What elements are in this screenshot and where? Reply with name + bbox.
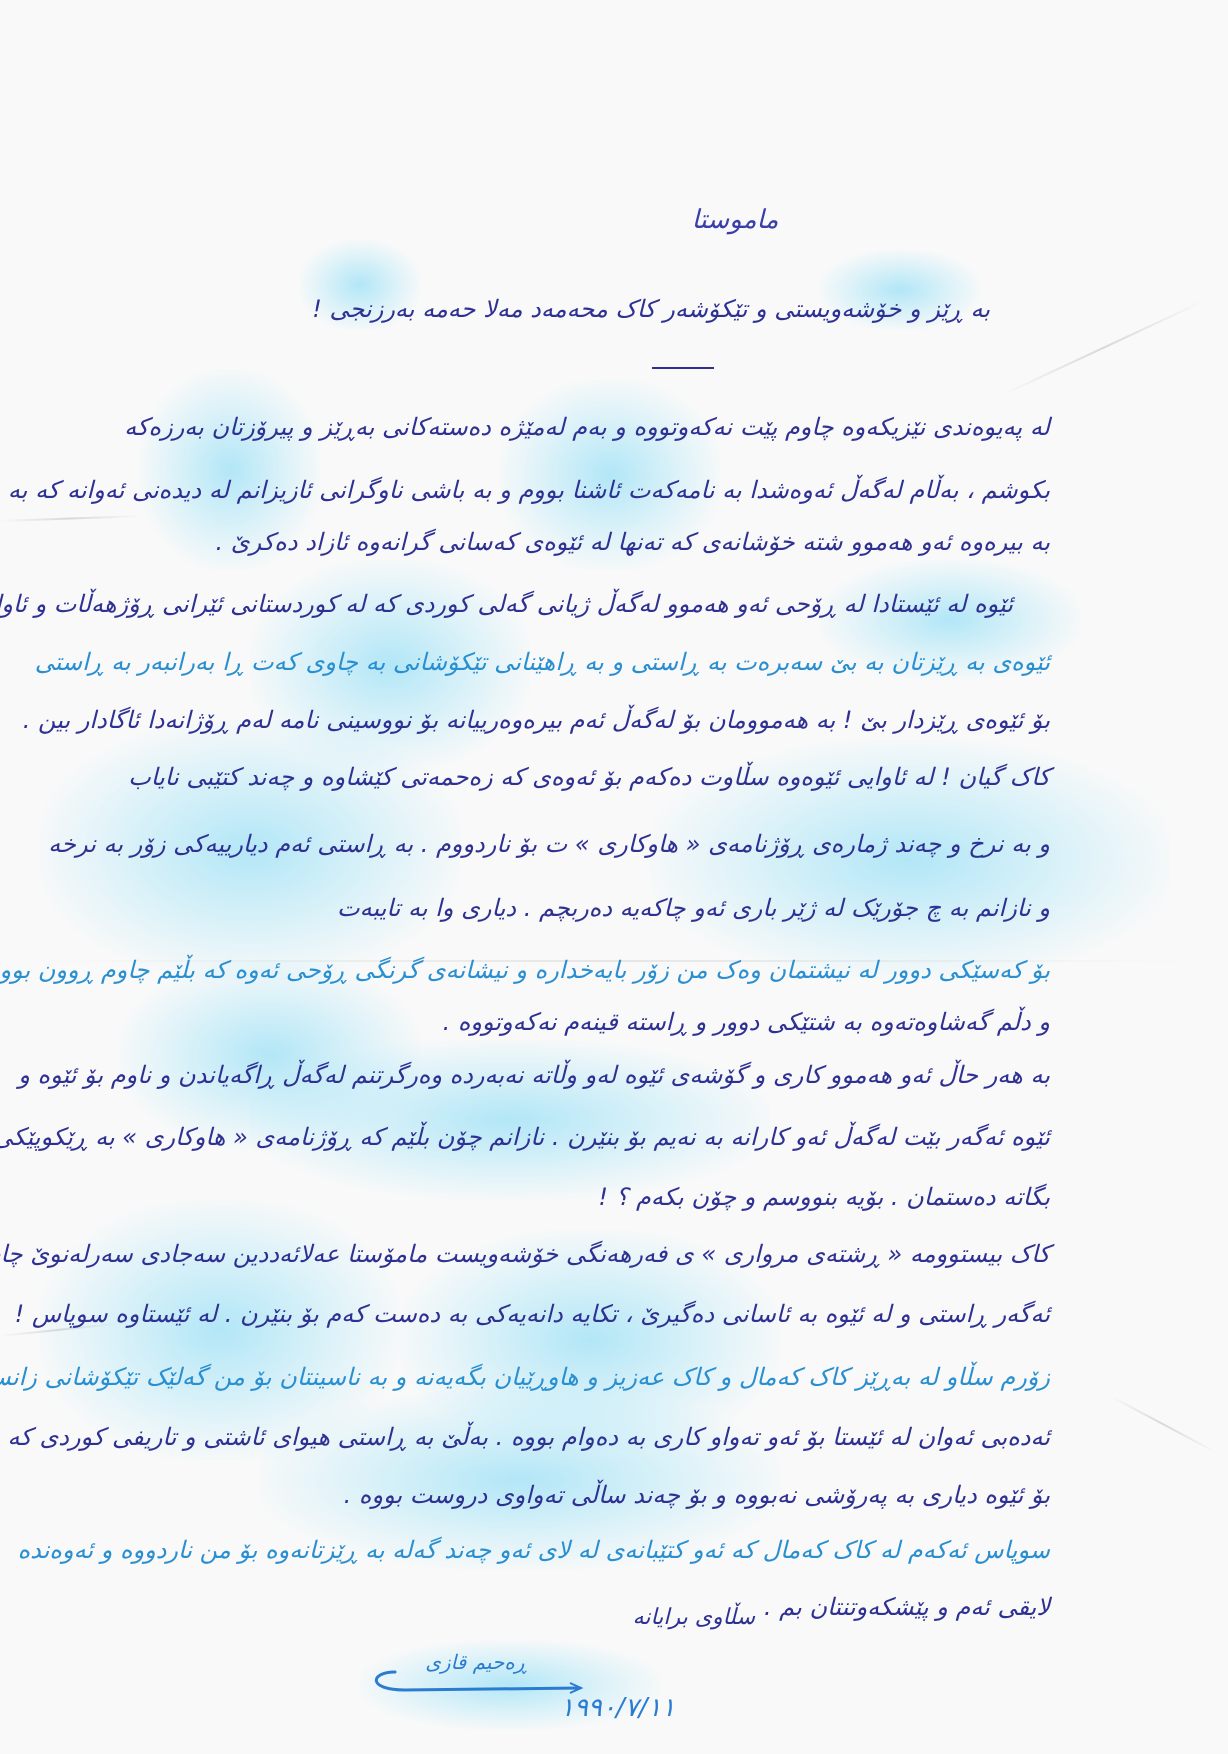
body-line: بۆ ئێوە دیاری بە پەرۆشی نەبووە و بۆ چەند… [344,1483,1050,1507]
body-line: و بە نرخ و چەند ژمارەی ڕۆژنامەی « هاوکار… [48,832,1050,856]
signature: ڕەحیم قازی [365,1650,585,1695]
body-line: کاک بیستوومە « ڕشتەی مرواری » ی فەرهەنگی… [0,1242,1050,1266]
ink-smudge [120,960,420,1150]
letter-date: ١٩٩٠/٧/١١ [560,1693,675,1723]
body-line: و نازانم بە چ جۆرێک لە ژێر باری ئەو چاکە… [337,896,1050,920]
body-line: ئەگەر ڕاستی و لە ئێوە بە ئاسانی دەگیرێ ،… [15,1302,1050,1326]
divider-line [652,367,714,369]
paper-crease [0,515,140,522]
body-line: بە بیرەوە ئەو هەموو شتە خۆشانەی کە تەنها… [216,530,1050,554]
body-line: ئێوە ئەگەر بێت لەگەڵ ئەو کارانە بە نەیم … [0,1125,1050,1149]
closing-salutation: سڵاوی برایانە [555,1605,755,1630]
body-line: ئێوەی بە ڕێزتان بە بێ سەبرەت بە ڕاستی و … [35,650,1050,674]
body-line: زۆرم سڵاو لە بەڕێز کاک کەمال و کاک عەزیز… [0,1365,1050,1389]
body-line: لایقی ئەم و پێشکەوتنتان بم . [764,1595,1050,1619]
paper-crease [1000,299,1207,397]
body-line: سوپاس ئەکەم لە کاک کەمال کە ئەو کتێبانەی… [18,1538,1050,1562]
greeting-line: بە ڕێز و خۆشەویستی و تێکۆشەر کاک محەمەد … [300,295,990,323]
body-line: بە هەر حاڵ ئەو هەموو کاری و گۆشەی ئێوە ل… [18,1063,1050,1087]
body-line: بۆ ئێوەی ڕێزدار بێ ! بە هەموومان بۆ لەگە… [23,708,1050,732]
body-line: ئەدەبی ئەوان لە ئێستا بۆ ئەو تەواو کاری … [0,1425,1050,1449]
salutation: ماموستا [650,205,820,235]
body-line: کاک گیان ! لە ئاوایی ئێوەوە سڵاوت دەکەم … [128,765,1050,789]
body-line: بۆ کەسێکی دوور لە نیشتمان وەک من زۆر بای… [0,958,1050,982]
body-line: بکوشم ، بەڵام لەگەڵ ئەوەشدا بە نامەکەت ئ… [0,478,1050,502]
letter-paper: ماموستا بە ڕێز و خۆشەویستی و تێکۆشەر کاک… [0,0,1228,1754]
paper-crease [1110,1395,1217,1453]
body-line: ئێوە لە ئێستادا لە ڕۆحی ئەو هەموو لەگەڵ … [0,592,1013,616]
signature-flourish-icon [365,1658,585,1698]
body-line: بگاتە دەستمان . بۆیە بنووسم و چۆن بکەم ؟… [598,1185,1050,1209]
body-line: و دڵم گەشاوەتەوە بە شتێکی دوور و ڕاستە ق… [443,1010,1050,1034]
body-line: لە پەیوەندی نێزیکەوە چاوم پێت نەکەوتووە … [124,415,1050,439]
ink-smudge [40,1200,400,1460]
